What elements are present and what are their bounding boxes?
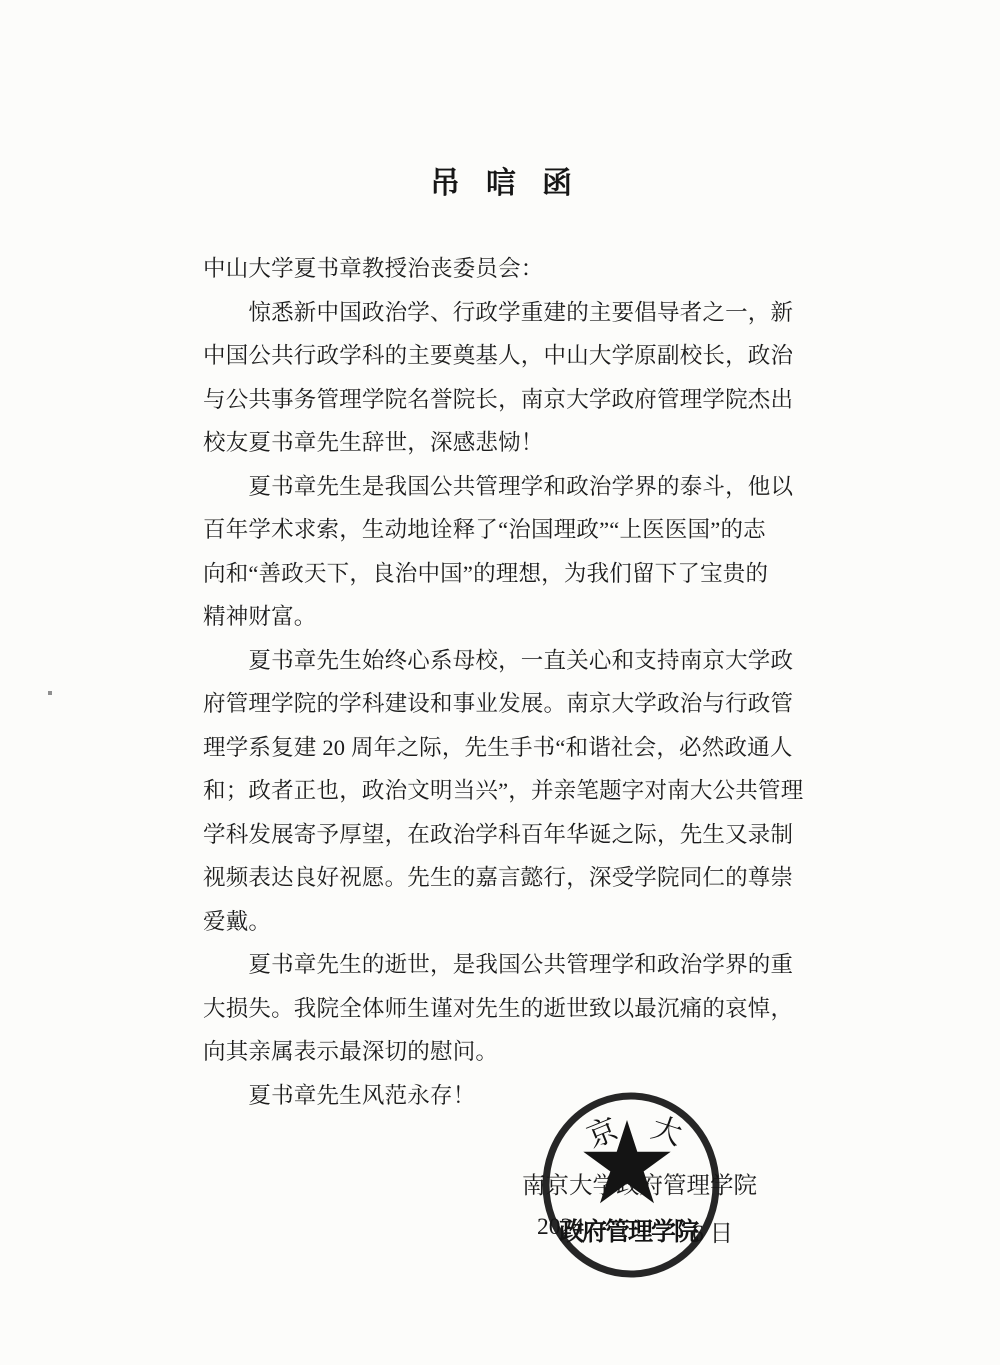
scan-speck: [48, 691, 52, 695]
body-line: 视频表达良好祝愿。先生的嘉言懿行，深受学院同仁的尊崇: [203, 856, 828, 900]
body-line: 理学系复建 20 周年之际，先生手书“和谐社会，必然政通人: [203, 726, 828, 770]
body-line: 和；政者正也，政治文明当兴”，并亲笔题字对南大公共管理: [203, 769, 828, 813]
seal-arc-text-left: 京: [582, 1112, 622, 1154]
body-line: 爱戴。: [203, 900, 828, 944]
body-line: 夏书章先生始终心系母校，一直关心和支持南京大学政: [203, 639, 828, 683]
letter-title: 吊唁函: [14, 158, 1000, 202]
body-line: 夏书章先生是我国公共管理学和政治学界的泰斗，他以: [203, 465, 828, 509]
body-line: 向其亲属表示最深切的慰问。: [203, 1030, 828, 1074]
body-line: 学科发展寄予厚望，在政治学科百年华诞之际，先生又录制: [203, 813, 828, 857]
body-line: 向和“善政天下，良治中国”的理想，为我们留下了宝贵的: [203, 552, 828, 596]
letter-body: 中山大学夏书章教授治丧委员会： 惊悉新中国政治学、行政学重建的主要倡导者之一，新…: [203, 247, 828, 1117]
body-line: 校友夏书章先生辞世，深感悲恸！: [203, 421, 828, 465]
body-line: 大损失。我院全体师生谨对先生的逝世致以最沉痛的哀悼，: [203, 987, 828, 1031]
body-line: 与公共事务管理学院名誉院长，南京大学政府管理学院杰出: [203, 378, 828, 422]
body-line: 惊悉新中国政治学、行政学重建的主要倡导者之一，新: [203, 291, 828, 335]
body-line: 夏书章先生的逝世，是我国公共管理学和政治学界的重: [203, 943, 828, 987]
body-line: 精神财富。: [203, 595, 828, 639]
salutation-line: 中山大学夏书章教授治丧委员会：: [203, 247, 828, 291]
closing-line: 夏书章先生风范永存！: [203, 1074, 828, 1118]
body-line: 府管理学院的学科建设和事业发展。南京大学政治与行政管: [203, 682, 828, 726]
seal-bottom-text: 政府管理学院: [559, 1217, 699, 1246]
scanned-condolence-letter: 吊唁函 中山大学夏书章教授治丧委员会： 惊悉新中国政治学、行政学重建的主要倡导者…: [0, 0, 1000, 1365]
body-line: 百年学术求索，生动地诠释了“治国理政”“上医医国”的志: [203, 508, 828, 552]
seal-arc-text-right: 大: [647, 1111, 686, 1152]
body-line: 中国公共行政学科的主要奠基人，中山大学原副校长，政治: [203, 334, 828, 378]
official-seal: 京 大 政府管理学院: [535, 1085, 730, 1290]
